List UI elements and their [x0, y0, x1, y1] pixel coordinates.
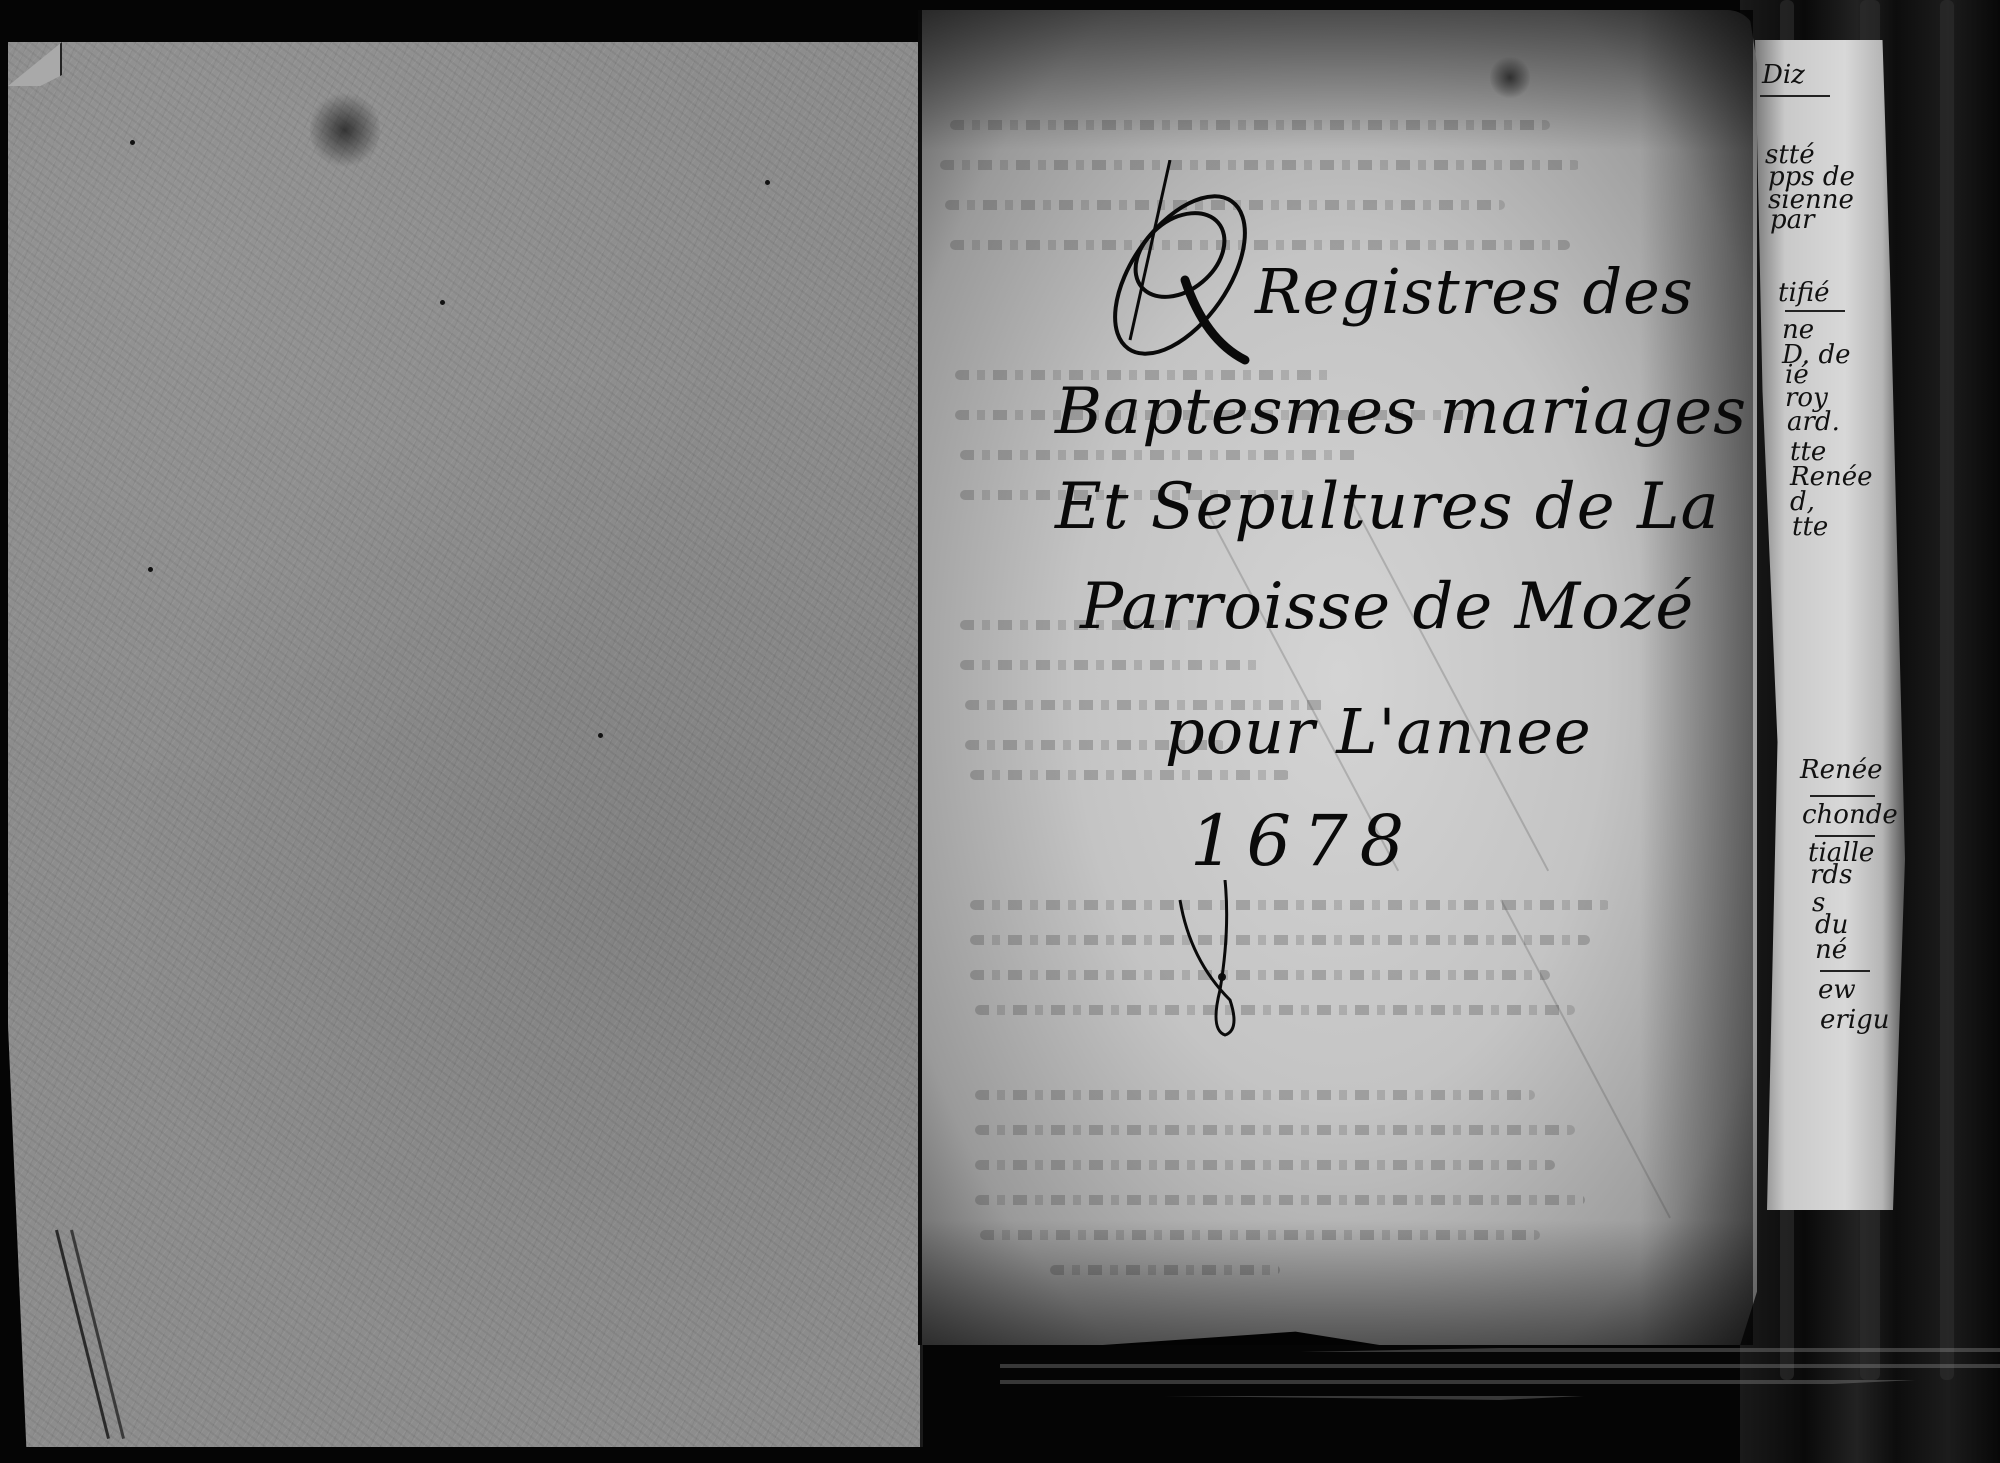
margin-rule — [1815, 835, 1875, 837]
margin-word: ard. — [1787, 407, 1840, 437]
margin-rule — [1785, 310, 1845, 312]
title-line-4: Parroisse de Mozé — [1080, 570, 1694, 644]
margin-rule — [1820, 970, 1870, 972]
margin-word: ew — [1818, 975, 1856, 1005]
title-line-2: Baptesmes mariages — [1055, 375, 1747, 449]
page-shadow — [918, 1220, 1753, 1345]
page-shadow — [918, 10, 1753, 150]
margin-word: tte — [1792, 512, 1828, 542]
margin-rule — [1760, 95, 1830, 97]
title-line-5: pour L'annee — [1165, 695, 1592, 768]
bleed-line — [970, 770, 1290, 780]
cover-board — [8, 42, 923, 1447]
bleed-line — [960, 660, 1260, 670]
margin-word: erigu — [1820, 1005, 1890, 1035]
title-line-1: Registres des — [1255, 255, 1694, 328]
margin-word: chonde — [1802, 800, 1898, 830]
bleed-line — [975, 1005, 1575, 1015]
title-line-3: Et Sepultures de La — [1055, 470, 1720, 544]
margin-word: tifié — [1778, 278, 1830, 308]
margin-word: par — [1770, 205, 1815, 235]
page-shadow — [1640, 10, 1753, 1345]
register-year: 1678 — [1190, 800, 1416, 882]
cover-stain — [310, 90, 380, 170]
bleed-line — [975, 1195, 1585, 1205]
bleed-line — [975, 1090, 1535, 1100]
cover-speck — [148, 567, 153, 572]
bleed-line — [975, 1160, 1555, 1170]
margin-word: rds — [1810, 860, 1852, 890]
binding-streak — [1940, 0, 1954, 1380]
cover-speck — [598, 733, 603, 738]
margin-word: Diz — [1762, 60, 1805, 90]
paraphe-flourish-icon — [1170, 880, 1270, 1040]
cover-speck — [765, 180, 770, 185]
bleed-line — [970, 900, 1610, 910]
cover-speck — [130, 140, 135, 145]
bleed-line — [970, 935, 1590, 945]
margin-rule — [1810, 795, 1875, 797]
margin-word: Renée — [1800, 755, 1882, 785]
page-stain — [1490, 55, 1530, 100]
cover-speck — [440, 300, 445, 305]
document-scan: Diz stté pps de sienne par tifié ne D. d… — [0, 0, 2000, 1463]
bleed-line — [960, 450, 1360, 460]
margin-word: né — [1815, 935, 1847, 965]
bleed-line — [975, 1125, 1575, 1135]
